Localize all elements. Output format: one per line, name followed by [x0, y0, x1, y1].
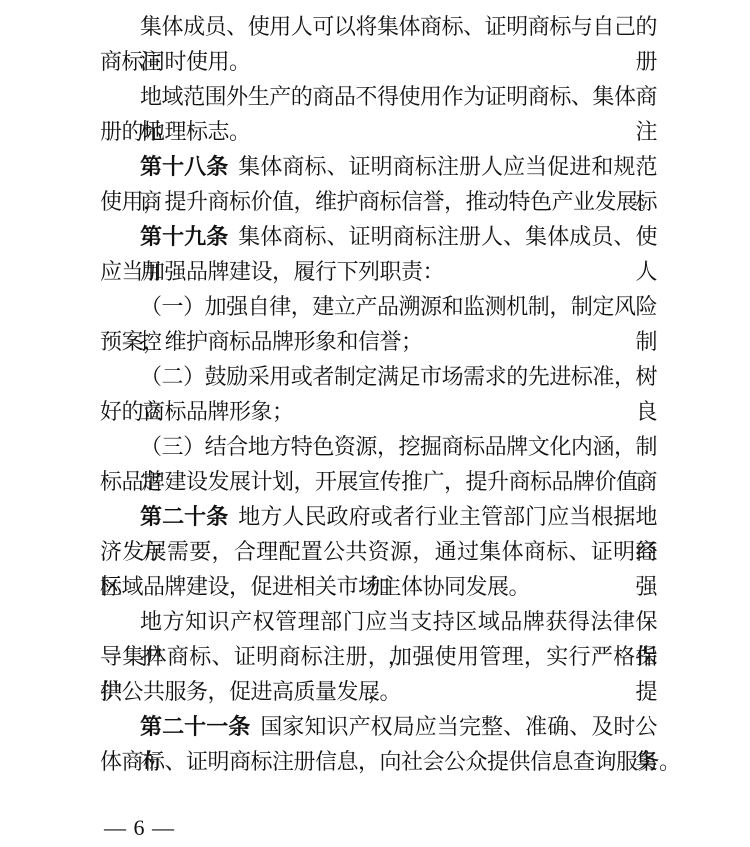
article-number: 第二十条 [140, 504, 228, 529]
document-page: 集体成员、使用人可以将集体商标、证明商标与自己的注册 商标同时使用。 地域范围外… [0, 0, 750, 847]
text-line: （二）鼓励采用或者制定满足市场需求的先进标准，树立良 [100, 359, 657, 394]
text-line: 第二十条地方人民政府或者行业主管部门应当根据地方经 [100, 499, 657, 534]
article-number: 第十九条 [140, 224, 228, 249]
text-line: 使用，提升商标价值，维护商标信誉，推动特色产业发展。 [100, 184, 657, 219]
article-number: 第二十一条 [140, 714, 250, 739]
document-body: 集体成员、使用人可以将集体商标、证明商标与自己的注册 商标同时使用。 地域范围外… [100, 9, 657, 779]
text-line: 地域范围外生产的商品不得使用作为证明商标、集体商标注 [100, 79, 657, 114]
text-line: 济发展需要，合理配置公共资源，通过集体商标、证明商标加强 [100, 534, 657, 569]
line-text: 好的商标品牌形象； [100, 399, 294, 424]
text-line: 标品牌建设发展计划，开展宣传推广，提升商标品牌价值。 [100, 464, 657, 499]
line-text: 册的地理标志。 [100, 119, 251, 144]
text-line: 第十九条集体商标、证明商标注册人、集体成员、使用人 [100, 219, 657, 254]
text-line: （三）结合地方特色资源，挖掘商标品牌文化内涵，制定商 [100, 429, 657, 464]
text-line: 地方知识产权管理部门应当支持区域品牌获得法律保护，指 [100, 604, 657, 639]
page-number: — 6 — [104, 816, 175, 840]
line-text: 区域品牌建设，促进相关市场主体协同发展。 [100, 574, 530, 599]
article-number: 第十八条 [140, 154, 228, 179]
line-text: 标品牌建设发展计划，开展宣传推广，提升商标品牌价值。 [100, 469, 659, 494]
text-line: 集体成员、使用人可以将集体商标、证明商标与自己的注册 [100, 9, 657, 44]
line-text: 预案，维护商标品牌形象和信誉； [100, 329, 423, 354]
text-line: 导集体商标、证明商标注册，加强使用管理，实行严格保护，提 [100, 639, 657, 674]
text-line: （一）加强自律，建立产品溯源和监测机制，制定风险控制 [100, 289, 657, 324]
line-text: 供公共服务，促进高质量发展。 [100, 679, 401, 704]
line-text: 商标同时使用。 [100, 49, 251, 74]
line-text: 体商标、证明商标注册信息，向社会公众提供信息查询服务。 [100, 749, 681, 774]
text-line: 体商标、证明商标注册信息，向社会公众提供信息查询服务。 [100, 744, 657, 779]
line-text: 使用，提升商标价值，维护商标信誉，推动特色产业发展。 [100, 189, 659, 214]
text-line: 第二十一条国家知识产权局应当完整、准确、及时公布集 [100, 709, 657, 744]
text-line: 第十八条集体商标、证明商标注册人应当促进和规范商标 [100, 149, 657, 184]
line-text: 应当加强品牌建设，履行下列职责： [100, 259, 444, 284]
